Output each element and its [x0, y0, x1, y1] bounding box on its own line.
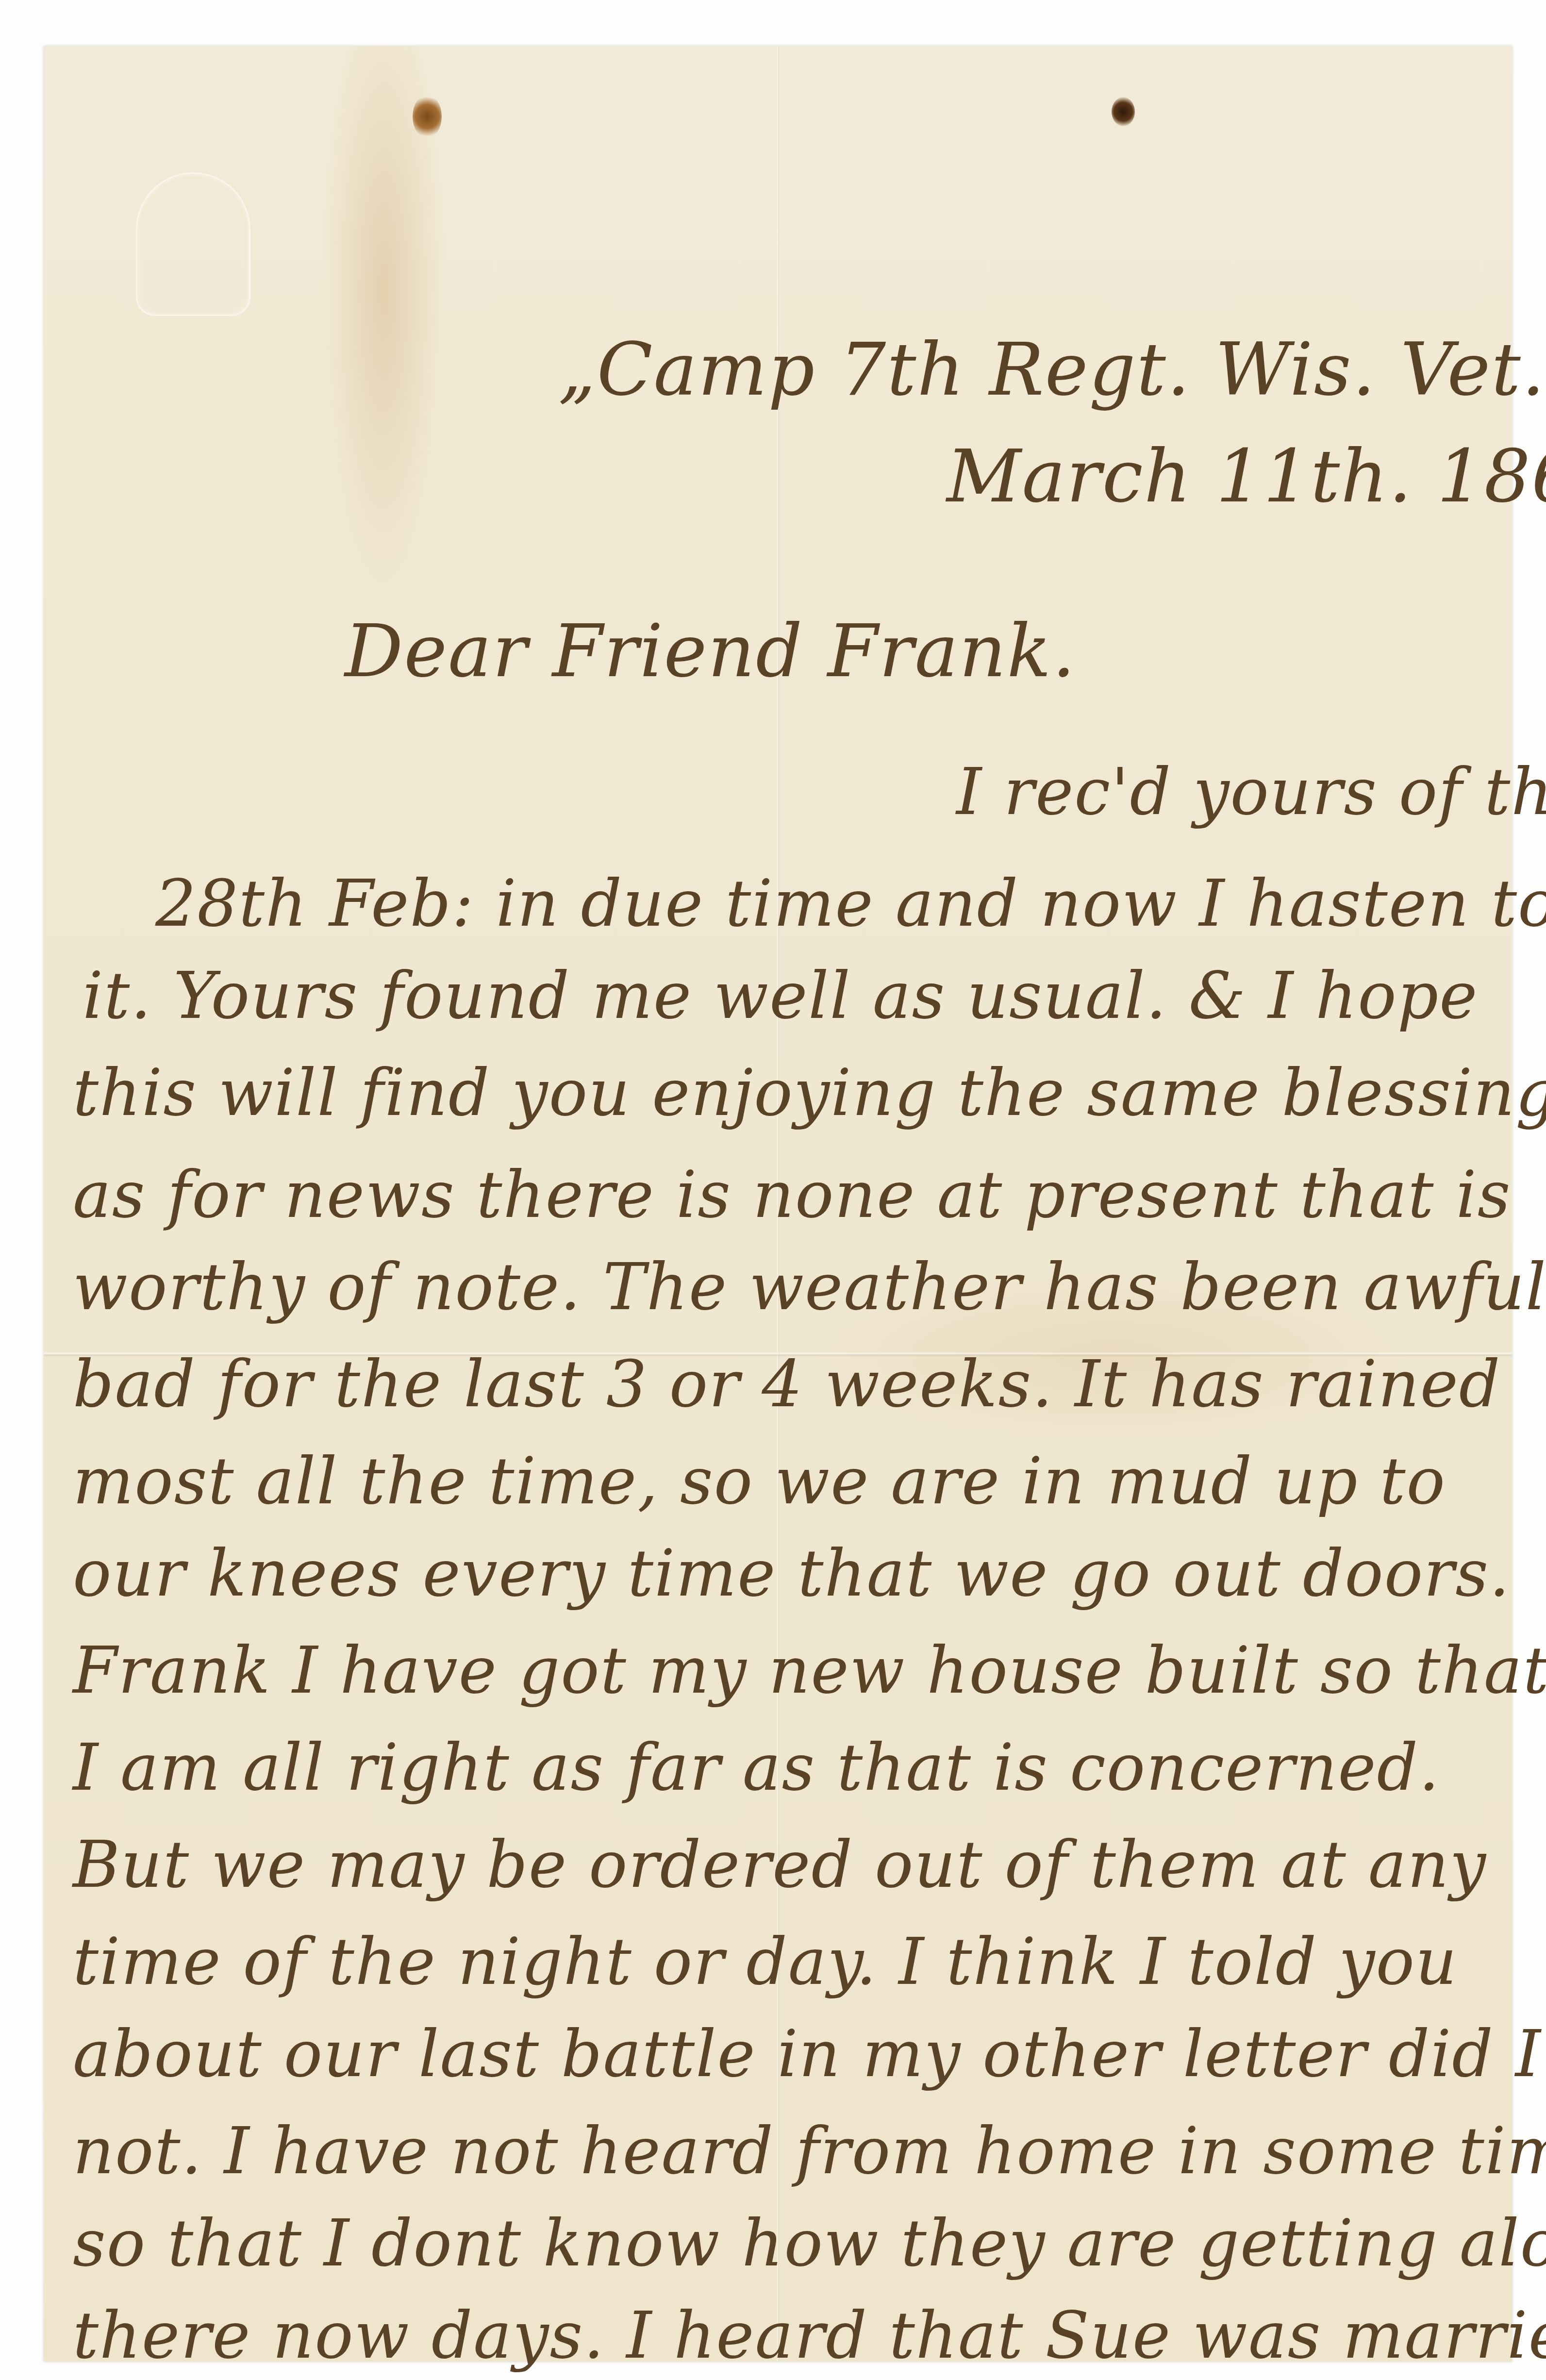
letter-page: „Camp 7th Regt. Wis. Vet. Vols. March 11…	[44, 46, 1512, 2362]
body-line-1: I rec'd yours of the	[956, 755, 1546, 830]
heading-location: „Camp 7th Regt. Wis. Vet. Vols.	[558, 328, 1546, 412]
heading-date: March 11th. 1865.	[947, 434, 1546, 519]
body-line-8: most all the time, so we are in mud up t…	[73, 1444, 1446, 1519]
body-line-13: time of the night or day. I think I told…	[73, 1925, 1458, 1999]
body-line-11: I am all right as far as that is concern…	[73, 1731, 1440, 1805]
body-line-16: so that I dont know how they are getting…	[73, 2206, 1546, 2281]
body-line-6: worthy of note. The weather has been awf…	[73, 1250, 1546, 1325]
body-line-10: Frank I have got my new house built so t…	[73, 1633, 1546, 1708]
salutation: Dear Friend Frank.	[345, 609, 1076, 694]
body-line-4: this will find you enjoying the same ble…	[73, 1056, 1546, 1131]
body-line-15: not. I have not heard from home in some …	[73, 2114, 1546, 2189]
body-line-14: about our last battle in my other letter…	[73, 2017, 1542, 2092]
ink-burn-stain-right	[1112, 97, 1135, 126]
embossed-stationery-mark	[136, 172, 250, 316]
body-line-12: But we may be ordered out of them at any	[73, 1828, 1487, 1902]
body-line-9: our knees every time that we go out door…	[73, 1536, 1511, 1611]
body-line-2: 28th Feb: in due time and now I hasten t…	[155, 866, 1546, 941]
rust-stain-left	[413, 95, 442, 138]
body-line-7: bad for the last 3 or 4 weeks. It has ra…	[73, 1347, 1501, 1422]
body-line-3: it. Yours found me well as usual. & I ho…	[83, 959, 1478, 1033]
body-line-17: there now days. I heard that Sue was mar…	[73, 2298, 1546, 2373]
body-line-5: as for news there is none at present tha…	[73, 1158, 1511, 1232]
